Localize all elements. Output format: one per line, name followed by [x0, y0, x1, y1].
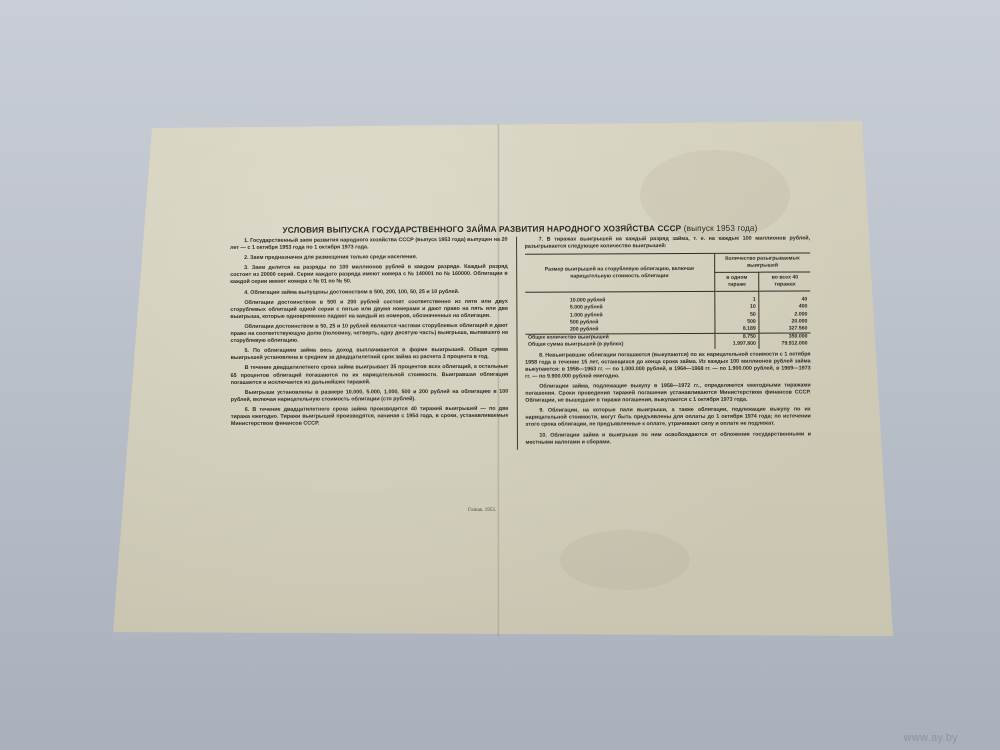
site-watermark: www.ay.by: [904, 732, 958, 744]
paragraph: 3. Заем делится на разряды по 100 миллио…: [230, 264, 508, 286]
title-text: УСЛОВИЯ ВЫПУСКА ГОСУДАРСТВЕННОГО ЗАЙМА Р…: [283, 224, 682, 235]
paragraph: 8. Невыигравшие облигации погашаются (вы…: [525, 351, 811, 381]
printer-mark: Гознак. 1953.: [468, 508, 496, 513]
right-column: 7. В тиражах выигрышей на каждый разряд …: [517, 235, 811, 449]
total-one-draw: 1.997.800: [715, 341, 760, 348]
total-label: Общая сумма выигрышей (в рублях): [525, 341, 715, 349]
paragraph: В течение двадцатилетнего срока займа вы…: [231, 364, 509, 386]
count-one-draw: 10: [715, 304, 760, 311]
paragraph: Выигрыши установлены в размере 10.000, 5…: [231, 388, 509, 403]
total-row: Общая сумма выигрышей (в рублях)1.997.80…: [525, 341, 811, 349]
count-all-draws: 327.560: [759, 325, 810, 333]
paragraph: 1. Государственный заем развития народно…: [230, 237, 508, 252]
count-one-draw: 8.189: [715, 326, 760, 334]
prize-table: Размер выигрышей на сторублевую облигаци…: [525, 253, 811, 350]
total-one-draw: 8.750: [715, 333, 760, 341]
total-all-draws: 79.912.000: [759, 341, 810, 348]
paragraph: 7. В тиражах выигрышей на каждый разряд …: [525, 235, 811, 250]
left-column: 1. Государственный заем развития народно…: [230, 237, 517, 451]
col-header-group: Количество разыгрываемых выигрышей: [714, 253, 810, 272]
paragraph: Облигации достоинством в 500 и 200 рубле…: [230, 298, 508, 320]
paragraph: Облигации займа, подлежащие выкупу в 195…: [525, 382, 811, 405]
count-one-draw: 1: [715, 291, 760, 304]
count-all-draws: 400: [759, 304, 810, 311]
paper-stain: [560, 530, 690, 590]
paragraph: 5. По облигациям займа весь доход выплач…: [231, 347, 509, 362]
paragraph: 2. Заем предназначен для размещения толь…: [230, 254, 508, 262]
paragraph: 10. Облигации займа и выигрыши по ним ос…: [525, 431, 811, 446]
count-all-draws: 2.000: [759, 311, 810, 318]
title-suffix: (выпуск 1953 года): [684, 224, 758, 233]
count-one-draw: 50: [715, 311, 760, 318]
table-row: 10.000 рублей140: [525, 291, 811, 305]
count-all-draws: 40: [759, 291, 810, 304]
paragraph: Облигации достоинством в 50, 25 и 10 руб…: [230, 323, 508, 345]
paragraph: 6. В течение двадцатилетнего срока займа…: [231, 406, 509, 428]
paragraph: 4. Облигации займа выпущены достоинством…: [230, 288, 508, 296]
col-header-one: в одном тираже: [714, 272, 759, 291]
bond-terms: УСЛОВИЯ ВЫПУСКА ГОСУДАРСТВЕННОГО ЗАЙМА Р…: [230, 223, 811, 450]
col-header-size: Размер выигрышей на сторублевую облигаци…: [525, 254, 715, 293]
col-header-all: во всех 40 тиражах: [759, 272, 810, 291]
paragraph: 9. Облигации, на которые пали выигрыши, …: [525, 407, 811, 430]
prize-size: 10.000 рублей: [525, 292, 715, 306]
document-title: УСЛОВИЯ ВЫПУСКА ГОСУДАРСТВЕННОГО ЗАЙМА Р…: [230, 223, 810, 235]
